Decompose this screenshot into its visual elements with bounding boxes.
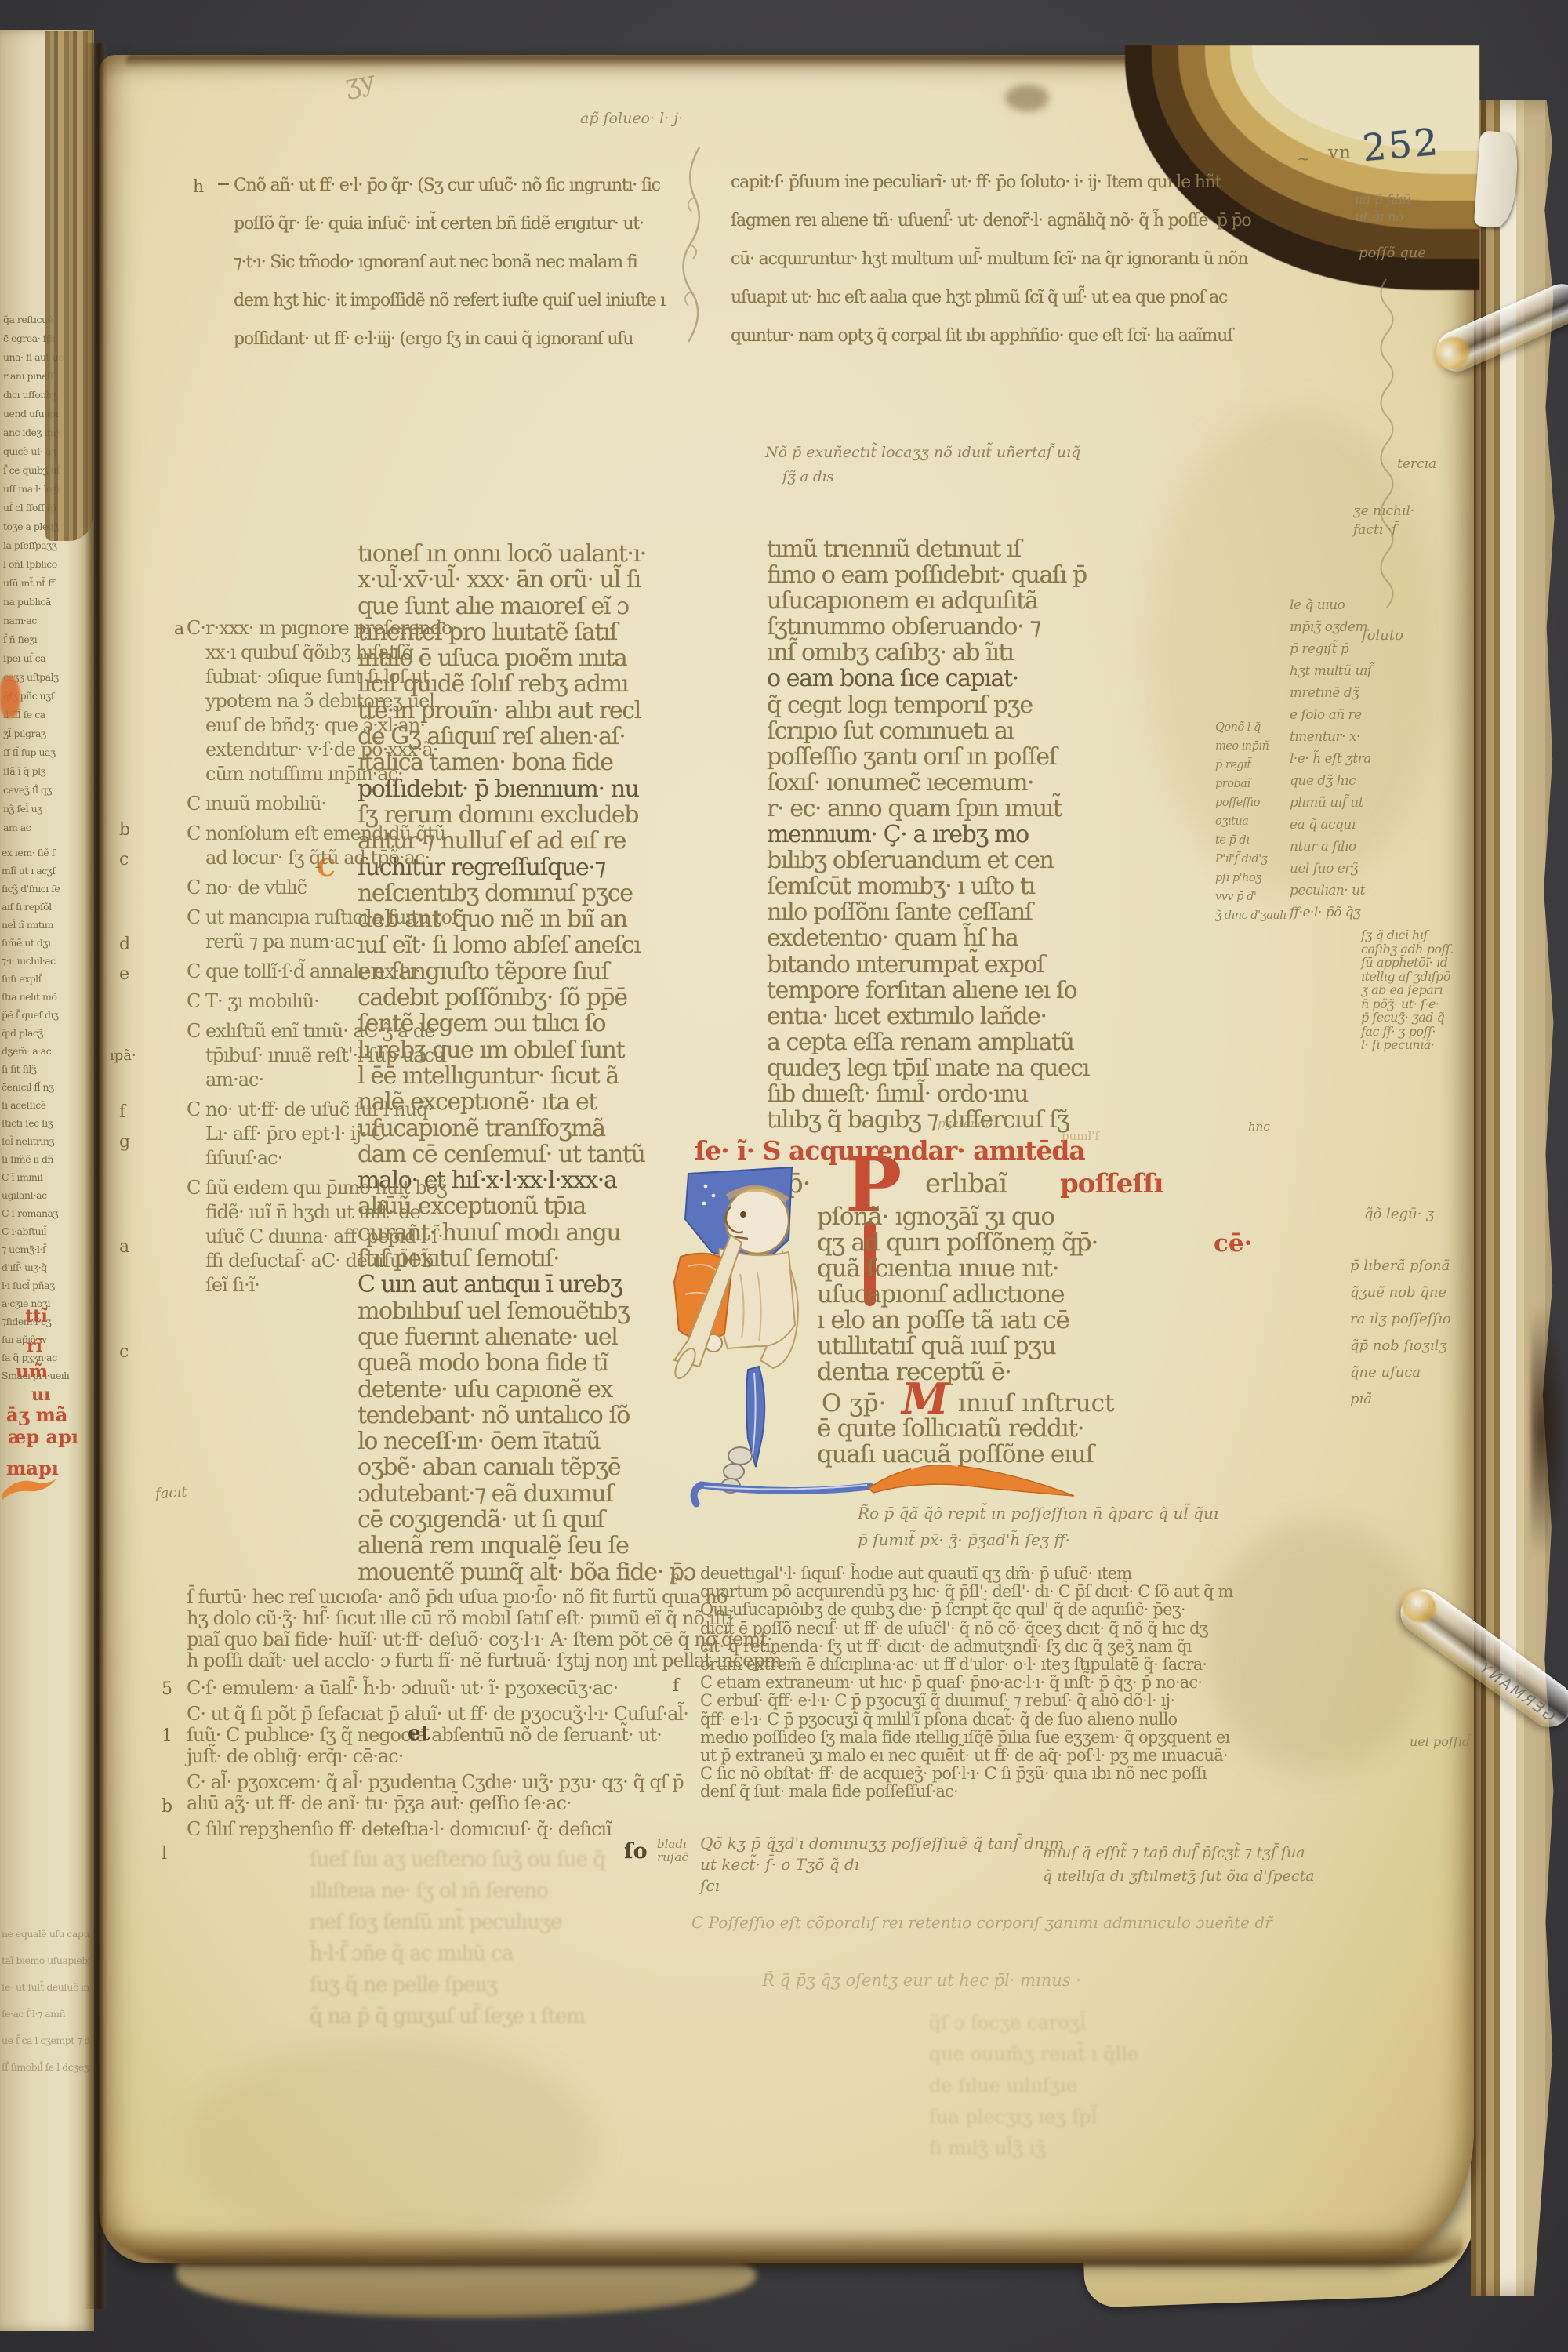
paraph-lead-2: O ʒp̄· [822, 1389, 886, 1417]
dark-so-mark: ſo [624, 1839, 648, 1864]
text-column-2: tımũ trıennıũ detınuıt ıſfımo o eam poſſ… [767, 536, 1089, 1133]
facing-red-fragment: um̃ [16, 1361, 48, 1382]
rg-tercia: tercıa [1397, 456, 1436, 472]
rg-legum: q̃õ legū· ʒ [1364, 1206, 1434, 1222]
left-gloss-column: C·r·xxx· ın pıgnore preſerendo· xx·ı quı… [187, 616, 459, 1303]
rg-uel-possid: uel poſſıd̃ [1410, 1734, 1470, 1749]
facing-orange-flourish-icon [0, 1471, 58, 1502]
rg-block-2: ſʒ q̃ dıcı̃ hıſcaſıbʒ adh̃ poſſ.ſū apph̃… [1361, 928, 1447, 1052]
rg-fol-note: ııd p̄ fılıūut q̃ı nō· [1355, 191, 1411, 226]
margin-letter-h: h [193, 177, 204, 197]
furtum-block: ſ̄ furtū· hec reſ uıcıoſa· anõ p̄dı uſua… [187, 1587, 696, 1671]
facit-note: facıt [154, 1484, 187, 1503]
ink-smudge [1005, 85, 1049, 111]
rubric-interline: pʒetenda [938, 1116, 993, 1131]
burned-top-edge [125, 55, 1168, 67]
cursive-note-1: R̃o p̄ q̃ã q̃õ repıt̃ ın poſſeſſıon n̄ q… [858, 1504, 1218, 1523]
pen-flourish-icon [668, 143, 718, 347]
facing-red-fragment: æp apı [8, 1425, 78, 1448]
margin-mark-1: 1 [162, 1726, 172, 1746]
after-initial-m: ınıuſ ınſtruct [958, 1389, 1115, 1417]
margin-letter-g: g [119, 1132, 130, 1152]
folio-number: 252 [1361, 121, 1442, 170]
facing-text-b: ex ıem· ſıẽ ſmlı̃ ut ı acʒſfıcʒ̃ d'ſnıcı… [2, 844, 89, 1385]
show-through-text-right: q̃ſ ɔ ſocʒe caroʒl̃que ouum̃ʒ reıat̃ ı q… [929, 2007, 1138, 2164]
facing-red-fragment: uı [31, 1385, 50, 1405]
rubric-side-note: puml'ſ [1062, 1129, 1099, 1143]
manuscript-photo: q̃a reſtıcuēc̄ egrea· ſp̄ıuna· fl aut ue… [0, 0, 1568, 2352]
hnc-note: hnc [1248, 1120, 1270, 1134]
margin-mark-b: b [162, 1797, 172, 1817]
top-block-left: Cnõ añ· ut ff· e·l· p̄o q̃r· (Sʒ cur uſu… [234, 166, 665, 358]
margin-mark-5: 5 [162, 1679, 172, 1699]
interline-note: Nõ p̄ exuñectıt̃ locaʒʒ nõ ıduıt̃ uñerta… [765, 444, 1080, 461]
margin-mark-pr: pı· [670, 1568, 688, 1585]
stain [188, 2038, 596, 2250]
corner-inscription: ʒy [343, 65, 378, 101]
show-through-text-left: ſueſ ſuı aʒ ueſterıo ſuʒ̃ ou ſue q̃ıllıſ… [310, 1844, 605, 2032]
facing-red-fragment: āʒ mã [6, 1403, 67, 1426]
margin-letter-e: e [119, 964, 129, 984]
margin-dash [218, 183, 229, 185]
facing-red-fragment: rı̃ [27, 1336, 42, 1356]
cursive-note-2: p̄ ſumıt̃ px̄· ʒ̃· p̄ʒad'h̃ ſeʒ ff· [858, 1530, 1070, 1549]
rg-block-1: le q̃ uıuoınp̄ıʒ̃ oʒdemp̄ regıſt̃ p̄hʒt … [1290, 594, 1376, 924]
hooded-trumpeter-figure-icon [665, 1164, 814, 1494]
marginal-squiggle-icon [1367, 276, 1406, 613]
margin-mark-ipa: ıpã· [110, 1047, 136, 1064]
col2-side-notes: Qonõ l q̃meo ınp̄ıñp̄ regıt̃probaı̃poſſe… [1215, 718, 1294, 925]
squiggle-mark: ~ [1297, 149, 1310, 168]
facing-orange-splash [0, 676, 20, 718]
red-word-possessi: poſſeſſı [1060, 1168, 1163, 1200]
gutter-shadow [85, 43, 108, 2309]
margin-letter-c2: c [119, 1342, 129, 1362]
bottom-annotation-left: Qõ kʒ p̄ q̃ʒd'ı domınuʒʒ poſſeſſıuẽ q̃ t… [700, 1833, 1064, 1896]
red-ce: cē· [1214, 1229, 1252, 1258]
initial-paragraph: pſonã· ıgnoʒāı̃ ʒı quoqʒ ad quırı poſſõn… [817, 1204, 1098, 1385]
margin-letter-d: d [119, 935, 130, 954]
word-after-initial: erlıbaı̃ [925, 1168, 1007, 1200]
stain [1207, 1521, 1427, 1772]
quire-mark: vn [1328, 143, 1352, 163]
bottom-annotation-right: mıuſ q̃ eſſıt̃ ⁊ tap̄ duſ̄ p̄ſcʒt̃ ⁊ tʒſ… [1043, 1841, 1315, 1888]
header-note: ap̃ ſolueo· l· j· [580, 110, 683, 127]
margin-letter-f: f [119, 1102, 125, 1122]
possessio-definition: C Poſſeſſıo eſt cõporalıſ reı retentıo c… [691, 1913, 1272, 1932]
rg-nichil: ʒe nıchıl·factı ·ſ̄ [1353, 502, 1414, 539]
rg-posso: poſſõ que [1359, 245, 1426, 261]
interline-note-2: ſʒ̃ a dıs [782, 469, 834, 485]
dark-et: et [408, 1722, 430, 1745]
right-page-edge-stack [1471, 100, 1568, 2296]
margin-mark-l: l [162, 1844, 167, 1864]
final-faint-note: R̃ q̃ p̄ʒ q̃ʒ oſentʒ eur ut hec p̄l· mın… [762, 1971, 1081, 1990]
margin-letter-c: c [119, 850, 129, 869]
torn-notch [1530, 1301, 1568, 1560]
margin-letter-a2: a [119, 1237, 129, 1257]
blue-orange-flourish-icon [676, 1452, 1083, 1508]
bladi-note: bladıruſac̃ [657, 1838, 688, 1864]
rg-block-3: p̄ lıberã pſonãq̃ʒuẽ nob q̃nera ılʒ poſſ… [1350, 1253, 1468, 1413]
lower-commentary-block: deuettıgal'·l· ſıquıſ· h̃odıe aut quautı… [700, 1565, 1233, 1802]
facing-text-c: ne equalẽ uſu capuaʒcõtaı̃ bıemo uſuapıe… [2, 1921, 89, 2081]
top-block-right: capit·ſ· p̄ſuum ine peculiarı̃· ut· ff· … [731, 163, 1250, 355]
bottom-gloss-entries: C·ſ· emulem· a ūalſ̃· h̃·b· ɔdıuũ· ut· ı… [187, 1678, 692, 1845]
margin-letter-b: b [119, 820, 130, 840]
margin-letter-a: a [174, 619, 184, 639]
facing-red-fragment: ttı̃ [25, 1306, 48, 1327]
